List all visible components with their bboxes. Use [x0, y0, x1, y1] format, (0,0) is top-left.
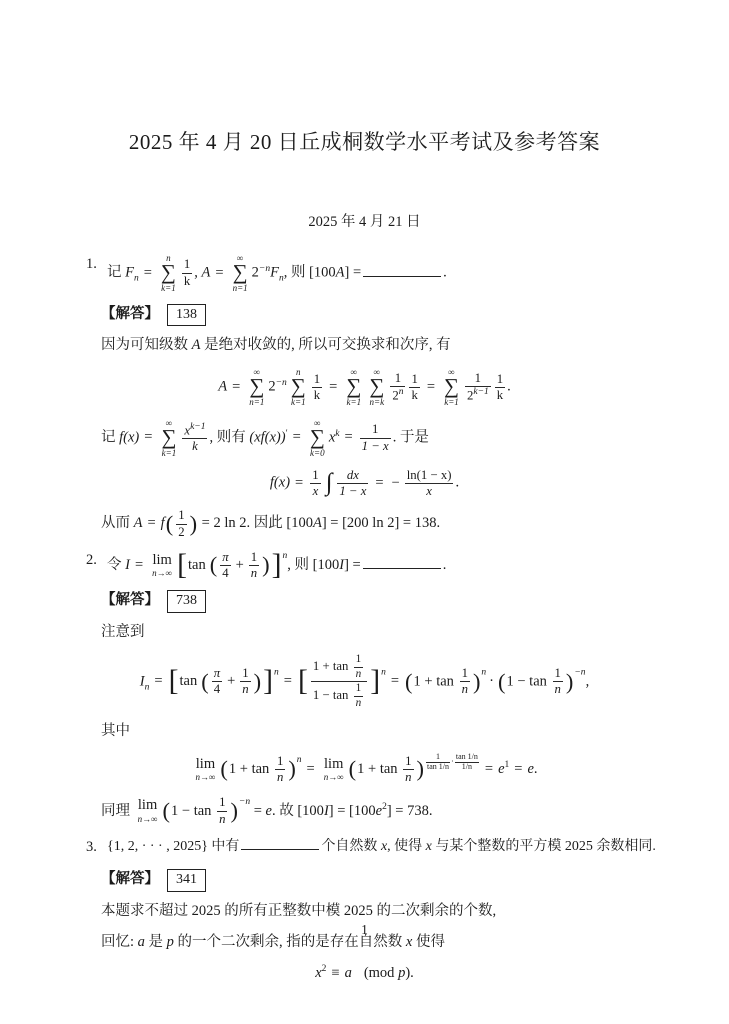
math-var: A [134, 515, 143, 531]
math-sup: −n [276, 378, 287, 388]
numerator: 1 [495, 373, 505, 387]
math-var: A [336, 265, 345, 281]
solution-1-paragraph: 从而 A=f(12) = 2 ln 2. 因此 [100A] = [200 ln… [101, 509, 643, 539]
denominator: k [182, 273, 192, 288]
text-run: 记 [107, 265, 125, 281]
equals-sign: = [144, 429, 152, 445]
math-sup: −n [574, 667, 585, 677]
answer-blank [363, 556, 441, 569]
numerator: π [212, 667, 222, 681]
text-run: 其中 [101, 723, 130, 739]
denominator: n [553, 681, 563, 696]
text-run: ] = [100 [329, 802, 376, 818]
text-run: 同理 [101, 802, 134, 818]
fraction: tan 1/n1/n [455, 753, 479, 771]
text-run: = 2 ln 2. 因此 [100 [198, 515, 313, 531]
exponent-expression: 1tan 1/n·tan 1/n1/n [425, 753, 480, 771]
sum-lower-limit: k=1 [444, 397, 459, 407]
sigma-icon: ∑ [233, 263, 248, 283]
display-equation-5: x2≡a(mod p). [86, 964, 643, 982]
denominator: n [240, 681, 250, 696]
mod-text: (mod [364, 965, 398, 981]
math-expression: (xf(x)) [249, 429, 285, 445]
denominator: n [275, 769, 285, 784]
numerator: 1 [360, 423, 391, 437]
math-var: f [161, 515, 165, 531]
solution-2-paragraph: 注意到 [101, 621, 643, 644]
denominator: n [249, 565, 259, 580]
sigma-icon: ∑ [291, 377, 306, 397]
left-paren: ( [220, 756, 227, 781]
numerator: 1 + tan 1n [311, 654, 367, 682]
summation-symbol: ∞∑k=0 [310, 418, 325, 459]
math-var: A [202, 265, 211, 281]
right-bracket: ] [263, 665, 273, 697]
document-page: 2025 年 4 月 20 日丘成桐数学水平考试及参考答案 2025 年 4 月… [0, 0, 729, 1024]
denominator: 1 − x [360, 438, 391, 453]
math-sub: n [145, 682, 150, 692]
math-var: F [270, 265, 279, 281]
fraction: 1x [310, 469, 320, 499]
denominator: 4 [220, 565, 230, 580]
numerator: 1 [182, 258, 192, 272]
plus-sign: + [227, 673, 235, 689]
text-run: ] = [345, 265, 362, 281]
denominator: n [460, 681, 470, 696]
answer-label: 【解答】 [101, 592, 159, 608]
fraction: 1n [217, 796, 227, 826]
text-run: ] = [344, 557, 361, 573]
question-1-number: 1. [86, 253, 107, 276]
numerator: 1 [312, 373, 322, 387]
text-run: = [250, 802, 265, 818]
lim-subscript: n→∞ [152, 568, 172, 578]
display-equation-4: limn→∞(1 + tan 1n)n=limn→∞(1 + tan 1n)1t… [86, 753, 643, 784]
denominator: n [354, 667, 364, 681]
sum-lower-limit: n=1 [233, 283, 248, 293]
fraction: 1n [249, 551, 259, 581]
numerator: 1 [240, 667, 250, 681]
tan-function: tan [188, 557, 206, 573]
equals-sign: = [427, 379, 435, 395]
equals-sign: = [375, 475, 383, 491]
numerator: xk−1 [182, 423, 207, 439]
fraction: 1n [240, 667, 250, 697]
equals-sign: = [135, 557, 143, 573]
denominator: k [409, 387, 419, 402]
fraction: 1n [275, 755, 285, 785]
left-paren: ( [405, 669, 412, 694]
right-paren: ) [262, 552, 269, 577]
minus-sign: − [392, 475, 400, 491]
question-1-statement: 记 Fn=n∑k=11k, A=∞∑n=12−nFn, 则 [100A] =. [107, 253, 643, 294]
math-var: F [125, 265, 134, 281]
sum-lower-limit: k=1 [162, 448, 177, 458]
math-var: a [345, 965, 352, 981]
sigma-icon: ∑ [161, 428, 176, 448]
equals-sign: = [215, 265, 223, 281]
numerator: 1 [354, 654, 364, 667]
fraction: 1n [354, 654, 364, 681]
lim-subscript: n→∞ [196, 772, 216, 782]
text-run: 与某个整数的平方模 2025 余数相同. [432, 839, 656, 854]
equals-sign: = [144, 265, 152, 281]
text-run: , 则 [100 [287, 557, 339, 573]
math-base: 2 [252, 265, 259, 281]
cdot-sign: · [489, 673, 494, 689]
math-base: 2 [268, 379, 275, 395]
fraction: 1 + tan 1n1 − tan 1n [311, 654, 367, 710]
right-paren: ) [190, 511, 197, 536]
sigma-icon: ∑ [310, 428, 325, 448]
sum-lower-limit: k=1 [291, 397, 306, 407]
page-number: 1 [0, 922, 729, 938]
text-run: . [455, 475, 459, 491]
numerator: 1 [409, 373, 419, 387]
denominator: tan 1/n [426, 762, 450, 771]
fraction: 1n [354, 683, 364, 710]
summation-symbol: ∞∑k=1 [346, 367, 361, 408]
question-3: 3. {1, 2, · · · , 2025} 中有个自然数 x, 使得 x 与… [86, 836, 643, 859]
left-paren: ( [201, 669, 208, 694]
question-1: 1. 记 Fn=n∑k=11k, A=∞∑n=12−nFn, 则 [100A] … [86, 253, 643, 294]
sigma-icon: ∑ [369, 377, 384, 397]
left-paren: ( [163, 798, 170, 823]
solution-1-paragraph: 因为可知级数 A 是绝对收敛的, 所以可交换求和次序, 有 [101, 334, 643, 357]
text-run: 因为可知级数 [101, 337, 192, 353]
answer-label: 【解答】 [101, 306, 159, 322]
text-run: ). [405, 965, 413, 981]
text-run: ] = 738. [387, 802, 433, 818]
math-var: f(x) [119, 429, 139, 445]
math-sub: n [134, 274, 139, 284]
right-paren: ) [230, 798, 237, 823]
text-run: . [507, 379, 511, 395]
math-var: A [313, 515, 322, 531]
text-run: ] = [200 ln 2] = 138. [322, 515, 440, 531]
fraction: 1k [409, 373, 419, 403]
plus-sign: + [236, 557, 244, 573]
right-paren: ) [566, 669, 573, 694]
text-run: . [534, 761, 538, 777]
left-bracket: [ [169, 665, 179, 697]
solution-3-paragraph: 本题求不超过 2025 的所有正整数中模 2025 的二次剩余的个数, [101, 900, 643, 923]
equals-sign: = [154, 673, 162, 689]
equals-sign: = [293, 429, 301, 445]
solution-2-answer-line: 【解答】738 [101, 589, 643, 612]
limit-operator: limn→∞ [138, 798, 158, 824]
equals-sign: = [307, 761, 315, 777]
lim-text: lim [152, 553, 171, 568]
limit-operator: limn→∞ [152, 553, 172, 579]
math-sup: k−1 [473, 387, 488, 397]
answer-box: 138 [167, 304, 206, 326]
math-var: I [125, 557, 130, 573]
sigma-icon: ∑ [249, 377, 264, 397]
denominator: n [217, 811, 227, 826]
numerator: dx [337, 469, 368, 483]
denominator: 2k−1 [465, 386, 491, 403]
summation-symbol: n∑k=1 [291, 367, 306, 408]
math-sup: 2 [322, 964, 327, 974]
text-run: 记 [101, 429, 119, 445]
right-paren: ) [254, 669, 261, 694]
fraction: 1n [460, 667, 470, 697]
fraction: 1k [312, 373, 322, 403]
math-sup: n [297, 755, 302, 765]
equals-sign: = [284, 673, 292, 689]
math-var: A [218, 379, 227, 395]
text-run: 1 + tan [313, 659, 352, 673]
numerator: 1 [465, 372, 491, 386]
solution-1-answer-line: 【解答】138 [101, 303, 643, 326]
fraction: 11 − x [360, 423, 391, 453]
summation-symbol: ∞∑n=1 [249, 367, 264, 408]
left-paren: ( [210, 552, 217, 577]
math-sup: n [399, 387, 404, 397]
equals-sign: = [344, 429, 352, 445]
denominator: n [354, 696, 364, 710]
display-equation-3: In=[tan(π4+1n)]n=[1 + tan 1n1 − tan 1n]n… [86, 654, 643, 710]
numerator: π [220, 551, 230, 565]
math-sup: 1 [505, 760, 510, 770]
fraction: dx1 − x [337, 469, 368, 499]
fraction: 1n [553, 667, 563, 697]
summation-symbol: ∞∑k=1 [161, 418, 176, 459]
math-sup: n [274, 667, 279, 677]
numerator: 1 [426, 753, 450, 761]
left-paren: ( [349, 756, 356, 781]
left-paren: ( [166, 511, 173, 536]
solution-2-paragraph: 同理 limn→∞(1 − tan 1n)−n = e. 故 [100I] = … [101, 795, 643, 826]
lim-text: lim [196, 757, 215, 772]
numerator: 1 [403, 755, 413, 769]
equals-sign: = [147, 515, 155, 531]
document-title: 2025 年 4 月 20 日丘成桐数学水平考试及参考答案 [30, 126, 699, 156]
equals-sign: = [329, 379, 337, 395]
document-date: 2025 年 4 月 21 日 [0, 210, 729, 231]
left-bracket: [ [177, 549, 187, 581]
fraction: xk−1k [182, 423, 207, 454]
solution-3-answer-line: 【解答】341 [101, 868, 643, 891]
answer-box: 341 [167, 869, 206, 891]
fraction: 1tan 1/n [426, 753, 450, 771]
text-run: . 于是 [393, 429, 429, 445]
denominator: k [182, 438, 207, 453]
sigma-icon: ∑ [444, 377, 459, 397]
limit-operator: limn→∞ [196, 757, 216, 783]
text-run: , 则有 [209, 429, 249, 445]
numerator: 1 [217, 796, 227, 810]
text-run: . [443, 557, 447, 573]
solution-1-paragraph: 记 f(x)=∞∑k=1xk−1k, 则有 (xf(x))′=∞∑k=0xk=1… [101, 418, 643, 459]
numerator: tan 1/n [455, 753, 479, 761]
denominator: 1/n [455, 762, 479, 771]
math-sup: k [335, 429, 339, 439]
sum-lower-limit: k=1 [161, 283, 176, 293]
display-equation-1: A=∞∑n=12−nn∑k=11k=∞∑k=1∞∑n=k12n1k=∞∑k=11… [86, 367, 643, 408]
display-equation-2: f(x)=1x∫dx1 − x=−ln(1 − x)x. [86, 468, 643, 499]
right-bracket: ] [370, 665, 380, 697]
fraction: 12n [390, 372, 405, 403]
fraction: 1n [403, 755, 413, 785]
denominator: 1 − tan 1n [311, 681, 367, 710]
text-run: 从而 [101, 515, 134, 531]
prime-symbol: ′ [286, 429, 288, 439]
math-var: f(x) [270, 475, 290, 491]
text-run: . [443, 265, 447, 281]
text-run: , [194, 265, 201, 281]
summation-symbol: n∑k=1 [161, 253, 176, 294]
question-2-number: 2. [86, 549, 107, 572]
fraction: 12k−1 [465, 372, 491, 403]
solution-2-paragraph: 其中 [101, 720, 643, 743]
text-run: 1 + tan [229, 761, 273, 777]
numerator: 1 [275, 755, 285, 769]
numerator: 1 [460, 667, 470, 681]
summation-symbol: ∞∑k=1 [444, 367, 459, 408]
math-sup: −n [239, 797, 250, 807]
text-run: 1 − tan [507, 673, 551, 689]
text-run: {1, 2, · · · , 2025} 中有 [107, 839, 239, 854]
limit-operator: limn→∞ [324, 757, 344, 783]
numerator: 1 [176, 509, 186, 523]
text-run: 个自然数 [321, 839, 381, 854]
sum-lower-limit: n=1 [249, 397, 264, 407]
numerator: ln(1 − x) [405, 469, 454, 483]
fraction: ln(1 − x)x [405, 469, 454, 499]
numerator: 1 [390, 372, 405, 386]
denominator: x [405, 483, 454, 498]
answer-blank [363, 264, 441, 277]
denominator: 2 [176, 524, 186, 539]
fraction: 1k [495, 373, 505, 403]
answer-blank [241, 837, 319, 850]
lim-text: lim [138, 798, 157, 813]
left-paren: ( [498, 669, 505, 694]
equals-sign: = [232, 379, 240, 395]
fraction: π4 [220, 551, 230, 581]
numerator: 1 [553, 667, 563, 681]
text-run: 是绝对收敛的, 所以可交换求和次序, 有 [200, 337, 450, 353]
text-run: 1 + tan [414, 673, 458, 689]
equals-sign: = [295, 475, 303, 491]
question-3-statement: {1, 2, · · · , 2025} 中有个自然数 x, 使得 x 与某个整… [107, 836, 656, 858]
sum-lower-limit: k=0 [310, 448, 325, 458]
sum-lower-limit: k=1 [347, 397, 362, 407]
text-run: 令 [107, 557, 125, 573]
text-run: 注意到 [101, 624, 145, 640]
denominator: 1 − x [337, 483, 368, 498]
summation-symbol: ∞∑n=1 [233, 253, 248, 294]
math-sup: k−1 [190, 422, 205, 432]
text-run: , 使得 [387, 839, 426, 854]
answer-label: 【解答】 [101, 871, 159, 887]
text-run: . 故 [100 [272, 802, 324, 818]
text-run: , 则 [100 [284, 265, 336, 281]
answer-box: 738 [167, 590, 206, 612]
right-bracket: ] [272, 549, 282, 581]
denominator: x [310, 483, 320, 498]
right-paren: ) [417, 756, 424, 781]
denominator: 2n [390, 386, 405, 403]
fraction: 12 [176, 509, 186, 539]
text-run: 本题求不超过 2025 的所有正整数中模 2025 的二次剩余的个数, [101, 903, 496, 919]
summation-symbol: ∞∑n=k [369, 367, 384, 408]
document-body: 1. 记 Fn=n∑k=11k, A=∞∑n=12−nFn, 则 [100A] … [86, 253, 643, 982]
denominator: k [312, 387, 322, 402]
sum-lower-limit: n=k [370, 397, 385, 407]
right-paren: ) [473, 669, 480, 694]
text-run: 1 + tan [357, 761, 401, 777]
text-run: , [586, 673, 590, 689]
question-2-statement: 令 I=limn→∞[tan(π4+1n)]n, 则 [100I] =. [107, 549, 643, 580]
math-sup: n [381, 667, 386, 677]
equals-sign: = [514, 761, 522, 777]
fraction: π4 [212, 667, 222, 697]
lim-text: lim [324, 757, 343, 772]
text-run: 1 − tan [171, 802, 215, 818]
equiv-sign: ≡ [331, 965, 339, 981]
math-sup: −n [259, 264, 270, 274]
equals-sign: = [485, 761, 493, 777]
equals-sign: = [391, 673, 399, 689]
sigma-icon: ∑ [346, 377, 361, 397]
integral-icon: ∫ [326, 469, 333, 496]
numerator: 1 [354, 683, 364, 696]
denominator: 4 [212, 681, 222, 696]
tan-function: tan [179, 673, 197, 689]
question-2: 2. 令 I=limn→∞[tan(π4+1n)]n, 则 [100I] =. [86, 549, 643, 580]
sigma-icon: ∑ [161, 263, 176, 283]
lim-subscript: n→∞ [324, 772, 344, 782]
left-bracket: [ [298, 665, 308, 697]
fraction: 1k [182, 258, 192, 288]
question-3-number: 3. [86, 836, 107, 859]
numerator: 1 [310, 469, 320, 483]
denominator: n [403, 769, 413, 784]
text-run: 1 − tan [313, 689, 352, 703]
numerator: 1 [249, 551, 259, 565]
cdot-sign: · [451, 756, 454, 766]
denominator: k [495, 387, 505, 402]
math-sup: n [481, 667, 486, 677]
right-paren: ) [288, 756, 295, 781]
lim-subscript: n→∞ [138, 814, 158, 824]
